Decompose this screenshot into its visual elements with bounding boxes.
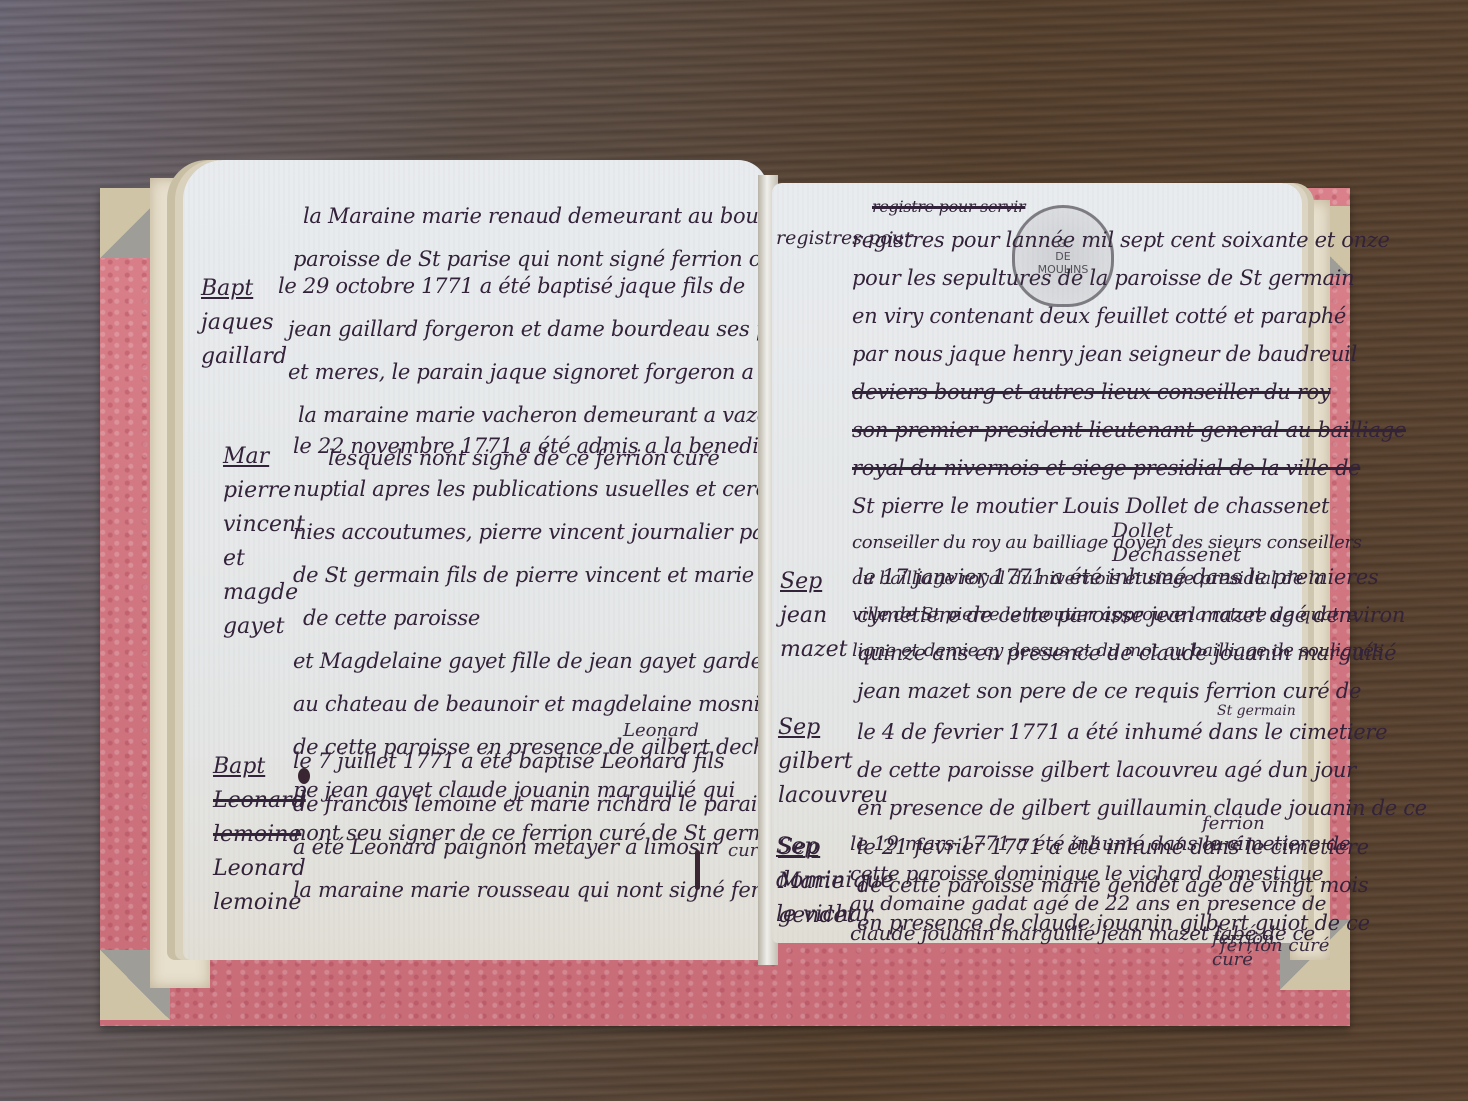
entry-line: le 17 janvier 1771 a été inhumé dans le … [857,558,1405,596]
entry-line-struck: deviers bourg et autres lieux conseiller… [852,373,1406,411]
generalite-moulins-seal: G. DE MOULINS [1012,205,1114,307]
margin-name: Leonard [213,852,306,886]
entry-line-struck: registre pour servir [872,193,1406,221]
margin-name: gaillard [201,340,287,374]
entry-line: le 22 novembre 1771 a été admis a la ben… [293,425,828,468]
signature-cure: ferrion curé [1220,935,1329,956]
entry-baptism-leonard-lemoine: le 7 juillet 1771 a été baptisé Leonard … [293,740,802,912]
margin-label: Bapt [201,272,287,306]
entry-line: le 29 octobre 1771 a été baptisé jaque f… [278,265,820,308]
entry-line: de cette paroisse gilbert lacouvreu agé … [857,751,1427,789]
entry-line: la Maraine marie renaud demeurant au bou… [303,195,795,238]
margin-label: Bapt [213,750,306,784]
left-page: la Maraine marie renaud demeurant au bou… [183,160,768,960]
entry-line: jean mazet son pere de ce requis ferrion… [857,672,1405,710]
margin-name: jean [780,599,847,633]
entry-line: quinze ans en presence de claude jouanin… [857,634,1405,672]
margin-name-struck: lemoine [213,818,306,852]
entry-line: et Magdelaine gayet fille de jean gayet … [293,640,828,683]
interlinear-correction: Leonard [623,720,699,741]
entry-line: nies accoutumes, pierre vincent journali… [293,511,828,554]
margin-name: jaques [201,306,287,340]
margin-note-baptism: Bapt jaques gaillard [201,272,287,374]
seal-text: G. [1057,237,1069,250]
entry-burial-dominique-le-vichar: le 19 mars 1771 a été inhumé dans le cim… [850,828,1350,948]
margin-name: mazet [780,633,847,667]
entry-line: en viry contenant deux feuillet cotté et… [852,297,1406,335]
entry-line: au domaine gadat agé de 22 ans en presen… [850,888,1350,918]
ink-blot [298,768,310,784]
entry-line: en presence de gilbert guillaumin claude… [857,789,1427,827]
seal-text: MOULINS [1038,263,1089,276]
entry-line: au chateau de beaunoir et magdelaine mos… [293,683,828,726]
entry-line: le 7 juillet 1771 a été baptisé Leonard … [293,740,802,783]
seal-text: DE [1055,250,1070,263]
entry-line: le 4 de fevrier 1771 a été inhumé dans l… [857,713,1427,751]
margin-label: Sep [780,565,847,599]
entry-line: nuptial apres les publications usuelles … [293,468,828,511]
entry-line: registres pour lannée mil sept cent soix… [852,221,1406,259]
entry-line: et meres, le parain jaque signoret forge… [288,351,820,394]
entry-line: pour les sepultures de la paroisse de St… [852,259,1406,297]
entry-line: de St germain fils de pierre vincent et … [293,554,828,597]
margin-name: lemoine [213,886,306,920]
margin-name-struck: Leonard [213,784,306,818]
margin-note-burial: Sep jean mazet [780,565,847,667]
entry-line-struck: royal du nivernois et siege presidial de… [852,449,1406,487]
entry-line: la maraine marie rousseau qui nont signé… [293,869,802,912]
entry-line: cette paroisse dominique le vichard dome… [850,858,1350,888]
entry-line: a été Leonard paignon metayer a limosin [293,826,802,869]
entry-line: de cette paroisse [303,597,828,640]
margin-note-baptism: Bapt Leonard lemoine Leonard lemoine [213,750,306,920]
entry-line: cymetiere de cette paroisse jean mazet a… [857,596,1405,634]
entry-line: le 19 mars 1771 a été inhumé dans le cim… [850,828,1350,858]
ink-stain [695,850,700,890]
entry-line: de francois lemoine et marie richard le … [293,783,802,826]
entry-line-struck: son premier president lieutenant general… [852,411,1406,449]
entry-line: jean gaillard forgeron et dame bourdeau … [288,308,820,351]
entry-burial-jean-mazet: le 17 janvier 1771 a été inhumé dans le … [857,558,1405,710]
entry-line-partly-struck: par nous jaque henry jean seigneur de ba… [852,335,1406,373]
entry-burial-gilbert-lacouvreu: le 4 de fevrier 1771 a été inhumé dans l… [857,713,1427,827]
